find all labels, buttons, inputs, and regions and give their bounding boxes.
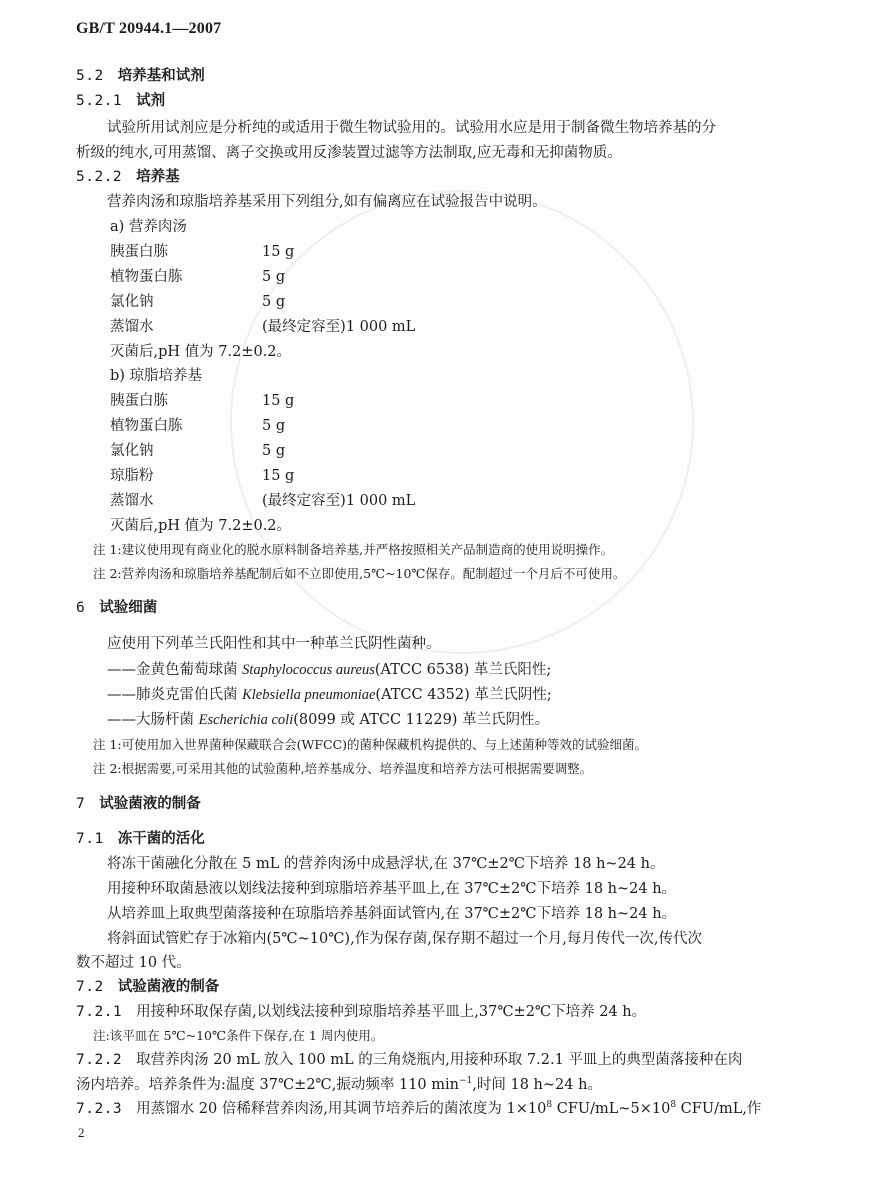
paragraph-line: 用接种环取菌悬液以划线法接种到琼脂培养基平皿上,在 37℃±2℃下培养 18 h… xyxy=(107,879,676,899)
paragraph-line: 营养肉汤和琼脂培养基采用下列组分,如有偏离应在试验报告中说明。 xyxy=(107,192,547,212)
ingredient-row: 氯化钠5 g xyxy=(110,292,285,312)
paragraph-line: 试验所用试剂应是分析纯的或适用于微生物试验用的。试验用水应是用于制备微生物培养基… xyxy=(107,118,716,138)
ingredient-row: 植物蛋白胨5 g xyxy=(110,416,285,436)
document-page: GB/T 20944.1—2007 5.2培养基和试剂 5.2.1试剂 试验所用… xyxy=(0,0,889,1200)
note: 注 2:根据需要,可采用其他的试验菌种,培养基成分、培养温度和培养方法可根据需要… xyxy=(93,759,592,779)
media-a-label: a) 营养肉汤 xyxy=(110,217,187,237)
note: 注 1:可使用加入世界菌种保藏联合会(WFCC)的菌种保藏机构提供的、与上述菌种… xyxy=(93,735,647,755)
paragraph-line: 汤内培养。培养条件为:温度 37℃±2℃,振动频率 110 min−1,时间 1… xyxy=(76,1075,602,1095)
page-number: 2 xyxy=(78,1125,85,1141)
watermark-seal xyxy=(230,190,694,654)
clause-7-2-1: 7.2.1用接种环取保存菌,以划线法接种到琼脂培养基平皿上,37℃±2℃下培养 … xyxy=(76,1002,646,1022)
note: 注:该平皿在 5℃~10℃条件下保存,在 1 周内使用。 xyxy=(93,1026,383,1046)
ingredient-row: 胰蛋白胨15 g xyxy=(110,242,294,262)
strain-item: ——金黄色葡萄球菌 Staphylococcus aureus(ATCC 653… xyxy=(107,660,551,680)
section-heading-7-1: 7.1冻干菌的活化 xyxy=(76,829,205,849)
ingredient-row: 蒸馏水(最终定容至)1 000 mL xyxy=(110,491,415,511)
paragraph-line: 从培养皿上取典型菌落接种在琼脂培养基斜面试管内,在 37℃±2℃下培养 18 h… xyxy=(107,904,676,924)
paragraph-line: 将冻干菌融化分散在 5 mL 的营养肉汤中成悬浮状,在 37℃±2℃下培养 18… xyxy=(107,854,664,874)
ingredient-row: 琼脂粉15 g xyxy=(110,466,294,486)
section-heading-5-2-1: 5.2.1试剂 xyxy=(76,91,165,111)
ingredient-row: 蒸馏水(最终定容至)1 000 mL xyxy=(110,317,415,337)
strain-item: ——大肠杆菌 Escherichia coli(8099 或 ATCC 1122… xyxy=(107,710,549,730)
paragraph-line: 应使用下列革兰氏阳性和其中一种革兰氏阴性菌种。 xyxy=(107,634,441,654)
media-b-label: b) 琼脂培养基 xyxy=(110,366,202,386)
ingredient-row: 胰蛋白胨15 g xyxy=(110,391,294,411)
strain-item: ——肺炎克雷伯氏菌 Klebsiella pneumoniae(ATCC 435… xyxy=(107,685,552,705)
section-heading-7: 7试验菌液的制备 xyxy=(76,794,201,814)
ingredient-row: 氯化钠5 g xyxy=(110,441,285,461)
paragraph-line: 析级的纯水,可用蒸馏、离子交换或用反渗装置过滤等方法制取,应无毒和无抑菌物质。 xyxy=(76,143,622,163)
section-heading-5-2-2: 5.2.2培养基 xyxy=(76,167,180,187)
note: 注 1:建议使用现有商业化的脱水原料制备培养基,并严格按照相关产品制造商的使用说… xyxy=(93,540,613,560)
ph-line: 灭菌后,pH 值为 7.2±0.2。 xyxy=(110,516,291,536)
section-heading-6: 6试验细菌 xyxy=(76,598,157,618)
paragraph-line: 数不超过 10 代。 xyxy=(76,953,191,973)
section-heading-7-2: 7.2试验菌液的制备 xyxy=(76,977,219,997)
paragraph-line: 将斜面试管贮存于冰箱内(5℃~10℃),作为保存菌,保存期不超过一个月,每月传代… xyxy=(107,929,702,949)
section-heading-5-2: 5.2培养基和试剂 xyxy=(76,66,205,86)
ph-line: 灭菌后,pH 值为 7.2±0.2。 xyxy=(110,342,291,362)
standard-header: GB/T 20944.1—2007 xyxy=(76,20,221,38)
note: 注 2:营养肉汤和琼脂培养基配制后如不立即使用,5℃~10℃保存。配制超过一个月… xyxy=(93,564,625,584)
ingredient-row: 植物蛋白胨5 g xyxy=(110,267,285,287)
clause-7-2-3: 7.2.3用蒸馏水 20 倍稀释营养肉汤,用其调节培养后的菌浓度为 1×108 … xyxy=(76,1099,761,1119)
clause-7-2-2: 7.2.2取营养肉汤 20 mL 放入 100 mL 的三角烧瓶内,用接种环取 … xyxy=(76,1050,742,1070)
